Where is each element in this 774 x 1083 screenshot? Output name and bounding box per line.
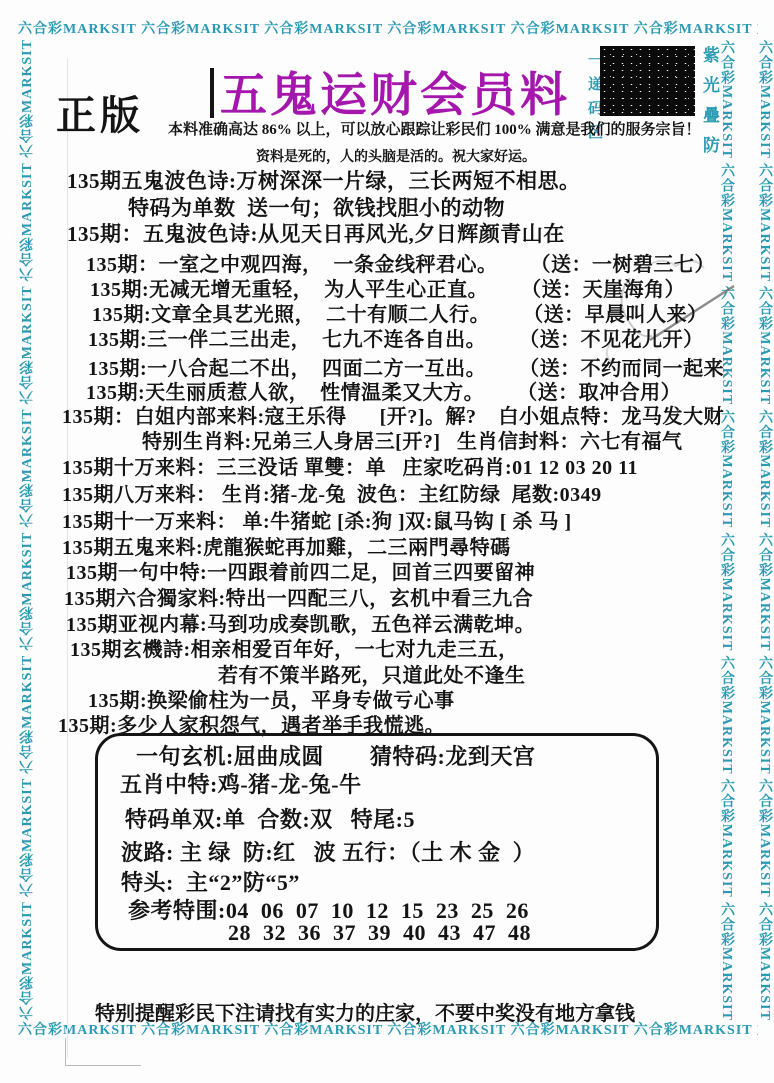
edition-label: 正版 bbox=[56, 84, 144, 141]
motto-line: 资料是死的，人的头脑是活的。祝大家好运。 bbox=[256, 146, 536, 166]
anti-fake-noise-block bbox=[600, 46, 695, 116]
watermark-border-left: 六合彩MARKSIT 六合彩MARKSIT 六合彩MARKSIT 六合彩MARK… bbox=[18, 40, 38, 1020]
corner-mark-vertical bbox=[65, 1038, 66, 1066]
watermark-border-right: 六合彩MARKSIT 六合彩MARKSIT 六合彩MARKSIT 六合彩MARK… bbox=[716, 40, 736, 1020]
tip-line-11: 特别生肖料:兄弟三人身居三[开?] 生肖信封料：六七有福气 bbox=[142, 425, 682, 454]
tip-line-17: 135期六合獨家料:特出一四配三八，玄机中看三九合 bbox=[64, 582, 533, 611]
tip-line-19: 135期玄機詩:相亲相爱百年好，一七对九走三五， bbox=[70, 633, 519, 662]
accuracy-slogan: 本料准确高达 86% 以上，可以放心跟踪让彩民们 100% 满意是我们的服务宗旨… bbox=[168, 118, 701, 139]
tip-line-7: 135期:三一伴二三出走， 七九不连各自出。 （送：不见花儿开） bbox=[88, 323, 704, 352]
lottery-tip-sheet: 六合彩MARKSIT 六合彩MARKSIT 六合彩MARKSIT 六合彩MARK… bbox=[0, 0, 774, 1083]
tip-line-1: 135期五鬼波色诗:万树深深一片绿，三长两短不相思。 bbox=[67, 165, 581, 195]
tip-line-16: 135期一句中特:一四跟着前四二足，回首三四要留神 bbox=[66, 556, 535, 585]
tip-line-12: 135期十万来料：三三没话 單雙：单 庄家吃码肖:01 12 03 20 11 bbox=[62, 451, 638, 480]
corner-mark-horizontal bbox=[65, 1065, 141, 1066]
watermark-border-right-outer: 六合彩MARKSIT 六合彩MARKSIT 六合彩MARKSIT 六合彩MARK… bbox=[754, 40, 774, 1020]
tip-line-3: 135期：五鬼波色诗:从见天日再风光,夕日辉颜青山在 bbox=[67, 218, 565, 248]
tip-line-14: 135期十一万来料： 单:牛猪蛇 [杀:狗 ]双:鼠马钩 [ 杀 马 ] bbox=[62, 505, 572, 534]
mystery-phrase: 一句玄机:屈曲成圆 bbox=[136, 740, 324, 771]
special-head-line: 特头: 主“2”防“5” bbox=[121, 866, 300, 897]
summary-box: 一句玄机:屈曲成圆 猜特码:龙到天宫 五肖中特:鸡-猪-龙-兔-牛 特码单双:单… bbox=[95, 733, 659, 951]
ref-numbers-line2: 28 32 36 37 39 40 43 47 48 bbox=[228, 920, 531, 946]
tip-line-13: 135期八万来料： 生肖:猪-龙-兔 波色：主红防绿 尾数:0349 bbox=[62, 478, 602, 507]
five-zodiac-special: 五肖中特:鸡-猪-龙-兔-牛 bbox=[120, 768, 362, 799]
watermark-border-top: 六合彩MARKSIT 六合彩MARKSIT 六合彩MARKSIT 六合彩MARK… bbox=[18, 20, 758, 40]
guess-special-code: 猜特码:龙到天宫 bbox=[370, 740, 535, 771]
wave-color-line: 波路: 主 绿 防:红 波 五行：（土 木 金 ） bbox=[121, 836, 535, 867]
title-divider-bar bbox=[210, 68, 214, 118]
page-title: 五鬼运财会员料 bbox=[220, 58, 570, 125]
footer-warning: 特别提醒彩民下注请找有实力的庄家，不要中奖没有地方拿钱 bbox=[95, 997, 635, 1026]
odd-even-line: 特码单双:单 合数:双 特尾:5 bbox=[125, 803, 415, 834]
uv-anti-fake-label: 紫光疊防 bbox=[697, 46, 722, 166]
